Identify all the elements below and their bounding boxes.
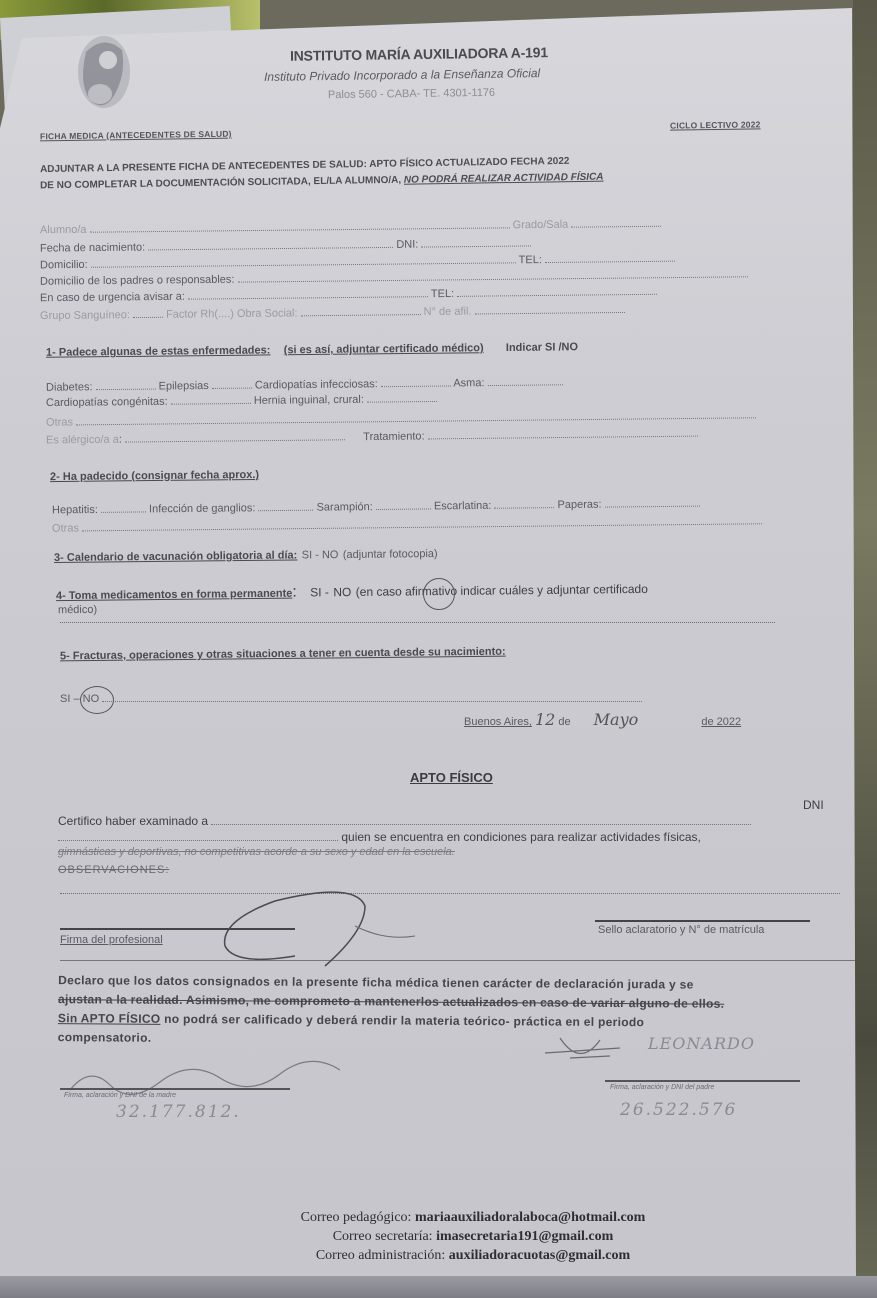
section-1-allergy[interactable]: Es alérgico/a a: Tratamiento: bbox=[46, 427, 698, 447]
mother-caption: Firma, aclaración y DNI de la madre bbox=[64, 1092, 176, 1099]
sheet-bottom-edge bbox=[0, 1276, 877, 1298]
secretaria-email: imasecretaria191@gmail.com bbox=[436, 1229, 613, 1244]
selected-no-circle-5 bbox=[80, 686, 114, 714]
footer-pedagogico: Correo pedagógico: mariaauxiliadoralaboc… bbox=[0, 1208, 877, 1227]
section-1-title: 1- Padece algunas de estas enfermedades: bbox=[46, 344, 271, 358]
mother-signature-line bbox=[60, 1088, 290, 1090]
hernia-label: Hernia inguinal, crural bbox=[254, 394, 361, 407]
father-dni: 26.522.576 bbox=[620, 1100, 737, 1120]
city-label: Buenos Aires, bbox=[464, 716, 532, 728]
congenital-cardiopathy-label: Cardiopatías congénitas bbox=[46, 396, 165, 409]
tel-label: TEL bbox=[519, 254, 539, 266]
father-signature-line bbox=[605, 1080, 800, 1082]
date-month[interactable]: Mayo bbox=[594, 710, 639, 729]
other-label: Otras bbox=[46, 416, 73, 428]
background-edge bbox=[853, 0, 877, 1298]
date-day[interactable]: 12 bbox=[535, 710, 555, 729]
asthma-label: Asma bbox=[453, 377, 481, 389]
institution-name: INSTITUTO MARÍA AUXILIADORA A-191 bbox=[290, 44, 548, 64]
sin-apto-label: Sin APTO FÍSICO bbox=[58, 1011, 161, 1026]
section-2-row[interactable]: Hepatitis: Infección de ganglios: Saramp… bbox=[52, 497, 700, 517]
blood-group-field[interactable]: Grupo Sanguíneo: Factor Rh(....) Obra So… bbox=[40, 303, 625, 322]
condiciones-text-2: gimnásticas y deportivas, no competitiva… bbox=[58, 846, 455, 858]
father-caption: Firma, aclaración y DNI del padre bbox=[610, 1084, 714, 1091]
blood-group-label: Grupo Sanguíneo bbox=[40, 309, 127, 322]
condiciones-line: quien se encuentra en condiciones para r… bbox=[58, 830, 701, 844]
epilepsy-label: Epilepsias bbox=[159, 380, 209, 393]
section-4-answer-line[interactable] bbox=[60, 622, 775, 623]
certifico-line[interactable]: Certifico haber examinado a bbox=[58, 814, 751, 828]
section-3: 3- Calendario de vacunación obligatoria … bbox=[54, 544, 438, 566]
administracion-email: auxiliadoracuotas@gmail.com bbox=[449, 1248, 630, 1263]
notice-warning: NO PODRÁ REALIZAR ACTIVIDAD FÍSICA bbox=[404, 172, 604, 186]
selected-no-circle bbox=[423, 578, 455, 610]
section-1-row-2[interactable]: Cardiopatías congénitas: Hernia inguinal… bbox=[46, 392, 437, 409]
medical-form-sheet: INSTITUTO MARÍA AUXILIADORA A-191 Instit… bbox=[0, 8, 856, 1276]
section-4-si[interactable]: SI - bbox=[310, 585, 329, 599]
health-insurance-label: Obra Social bbox=[237, 307, 295, 320]
father-name: LEONARDO bbox=[648, 1034, 755, 1053]
date-line: Buenos Aires, 12 de Mayo de 2022 bbox=[464, 710, 741, 729]
section-4-no-selected[interactable]: NO bbox=[333, 585, 351, 599]
infectious-cardiopathy-label: Cardiopatías infecciosas bbox=[255, 378, 375, 391]
emergency-tel-label: TEL bbox=[431, 288, 451, 300]
declaration-line-3-text: no podrá ser calificado y deberá rendir … bbox=[160, 1012, 644, 1029]
address-label: Domicilio bbox=[40, 259, 85, 271]
emergency-contact-field[interactable]: En caso de urgencia avisar a: TEL: bbox=[40, 285, 657, 304]
parents-address-label: Domicilio de los padres o responsables bbox=[40, 274, 232, 288]
notice-text: DE NO COMPLETAR LA DOCUMENTACIÓN SOLICIT… bbox=[40, 175, 404, 192]
date-de: de bbox=[558, 716, 570, 728]
section-4-note-cont: médico) bbox=[58, 604, 97, 616]
secretaria-label: Correo secretaría: bbox=[333, 1229, 436, 1244]
student-label: Alumno/a bbox=[40, 224, 87, 236]
emergency-label: En caso de urgencia avisar a bbox=[40, 291, 182, 304]
diabetes-label: Diabetes bbox=[46, 381, 90, 393]
institution-address: Palos 560 - CABA- TE. 4301-1176 bbox=[328, 87, 495, 101]
sello-label: Sello aclaratorio y N° de matrícula bbox=[598, 924, 764, 936]
notice-line-2: DE NO COMPLETAR LA DOCUMENTACIÓN SOLICIT… bbox=[40, 172, 604, 192]
observaciones-label: OBSERVACIONES: bbox=[58, 864, 169, 876]
rh-factor-label: Factor Rh bbox=[166, 308, 214, 321]
footer-administracion: Correo administración: auxiliadoracuotas… bbox=[0, 1246, 877, 1265]
condiciones-text: quien se encuentra en condiciones para r… bbox=[341, 830, 701, 844]
section-3-options[interactable]: SI - NO bbox=[302, 549, 339, 561]
institution-subtitle: Instituto Privado Incorporado a la Enseñ… bbox=[264, 66, 540, 84]
firma-label: Firma del profesional bbox=[60, 934, 163, 946]
treatment-label: Tratamiento bbox=[363, 430, 421, 443]
section-1-header: 1- Padece algunas de estas enfermedades:… bbox=[46, 337, 578, 361]
birthdate-field[interactable]: Fecha de nacimiento: DNI: bbox=[40, 236, 531, 254]
certifico-label: Certifico haber examinado a bbox=[58, 814, 208, 828]
section-3-note: (adjuntar fotocopia) bbox=[343, 548, 438, 561]
administracion-label: Correo administración: bbox=[316, 1248, 449, 1263]
mother-dni: 32.177.812. bbox=[116, 1102, 241, 1122]
section-1-indicate: Indicar SI /NO bbox=[506, 341, 578, 354]
hepatitis-label: Hepatitis bbox=[52, 504, 95, 516]
section-4-note-2: médico) bbox=[58, 604, 97, 616]
scarlet-fever-label: Escarlatina bbox=[434, 500, 489, 513]
birthdate-label: Fecha de nacimiento bbox=[40, 242, 142, 255]
grade-label: Grado/Sala bbox=[513, 219, 569, 232]
lymph-infection-label: Infección de ganglios bbox=[149, 502, 252, 515]
section-3-title: 3- Calendario de vacunación obligatoria … bbox=[54, 549, 297, 564]
pedagogico-email: mariaauxiliadoralaboca@hotmail.com bbox=[415, 1210, 645, 1225]
date-year: de 2022 bbox=[701, 716, 741, 728]
school-cycle: CICLO LECTIVO 2022 bbox=[670, 119, 761, 130]
contact-footer: Correo pedagógico: mariaauxiliadoralaboc… bbox=[0, 1208, 877, 1265]
affiliate-number-label: N° de afil. bbox=[424, 306, 472, 319]
notice-line-1: ADJUNTAR A LA PRESENTE FICHA DE ANTECEDE… bbox=[40, 156, 570, 175]
section-4-title: 4- Toma medicamentos en forma permanente bbox=[56, 588, 292, 602]
section-1-other[interactable]: Otras bbox=[46, 408, 756, 428]
section-5-title: 5- Fracturas, operaciones y otras situac… bbox=[60, 646, 506, 663]
student-field[interactable]: Alumno/a Grado/Sala bbox=[40, 217, 661, 237]
measles-label: Sarampión bbox=[316, 501, 369, 514]
mumps-label: Paperas bbox=[557, 499, 598, 511]
section-2-title: 2- Ha padecido (consignar fecha aprox.) bbox=[50, 469, 259, 483]
apto-fisico-title: APTO FÍSICO bbox=[410, 770, 493, 785]
footer-secretaria: Correo secretaría: imasecretaria191@gmai… bbox=[0, 1227, 877, 1246]
form-title: FICHA MEDICA (ANTECEDENTES DE SALUD) bbox=[40, 129, 232, 142]
section-2-other-label: Otras bbox=[52, 522, 79, 534]
virgin-mary-logo-icon bbox=[66, 32, 138, 122]
allergy-label: Es alérgico/a a bbox=[46, 434, 119, 447]
stamp-line bbox=[595, 920, 810, 922]
section-2-other[interactable]: Otras bbox=[52, 514, 762, 534]
pedagogico-label: Correo pedagógico: bbox=[301, 1210, 415, 1225]
section-1-row-1[interactable]: Diabetes: Epilepsias Cardiopatías infecc… bbox=[46, 375, 563, 393]
apto-dni-label: DNI bbox=[803, 798, 824, 812]
section-5-options[interactable]: SI – NO bbox=[60, 692, 642, 705]
section-4-note: (en caso afirmativo indicar cuáles y adj… bbox=[356, 582, 648, 599]
section-1-note: (si es así, adjuntar certificado médico) bbox=[284, 342, 484, 356]
doctor-signature-icon bbox=[215, 886, 465, 976]
section-4: 4- Toma medicamentos en forma permanente… bbox=[56, 580, 648, 604]
father-signature-icon bbox=[540, 1028, 630, 1078]
dni-label: DNI bbox=[396, 239, 415, 251]
